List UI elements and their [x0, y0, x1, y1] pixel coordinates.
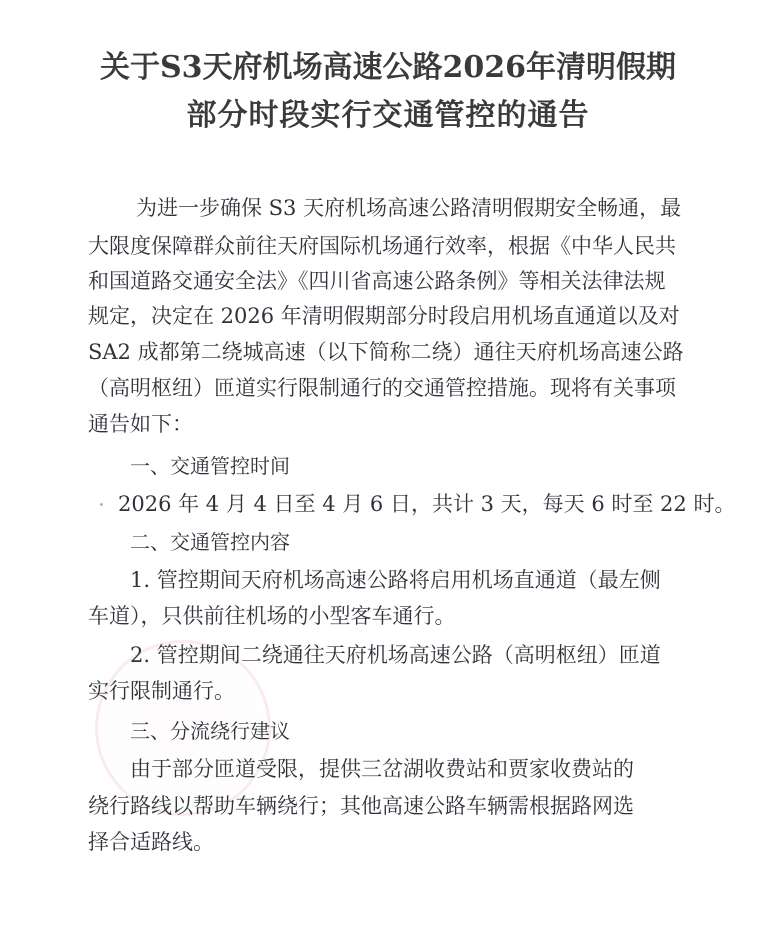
section-line: 1. 管控期间天府机场高速公路将启用机场直通道（最左侧 — [130, 566, 661, 594]
section-line: 2. 管控期间二绕通往天府机场高速公路（高明枢纽）匝道 — [130, 641, 661, 669]
intro-paragraph-line: 为进一步确保 S3 天府机场高速公路清明假期安全畅通，最 — [136, 194, 681, 222]
section-line: 择合适路线。 — [88, 828, 214, 856]
section-line: 由于部分匝道受限，提供三岔湖收费站和贾家收费站的 — [130, 755, 634, 783]
intro-paragraph-line: （高明枢纽）匝道实行限制通行的交通管控措施。现将有关事项 — [88, 374, 676, 402]
section-heading-control-content: 二、交通管控内容 — [130, 528, 290, 556]
intro-paragraph-line: 规定，决定在 2026 年清明假期部分时段启用机场直通道以及对 — [88, 302, 680, 330]
intro-paragraph-line: SA2 成都第二绕城高速（以下简称二绕）通往天府机场高速公路 — [88, 338, 684, 366]
section-heading-control-time: 一、交通管控时间 — [130, 452, 290, 480]
section-heading-detour-advice: 三、分流绕行建议 — [130, 717, 290, 745]
section-line: 实行限制通行。 — [88, 677, 235, 705]
section-line: 2026 年 4 月 4 日至 4 月 6 日，共计 3 天，每天 6 时至 2… — [118, 490, 735, 518]
intro-paragraph-line: 通告如下： — [88, 410, 193, 438]
document-title-line-2: 部分时段实行交通管控的通告 — [0, 90, 776, 134]
intro-paragraph-line: 大限度保障群众前往天府国际机场通行效率，根据《中华人民共 — [88, 232, 676, 260]
scan-speck — [100, 503, 103, 506]
document-title-line-1: 关于S3天府机场高速公路2026年清明假期 — [0, 42, 776, 86]
section-line: 车道），只供前往机场的小型客车通行。 — [88, 602, 456, 630]
section-line: 绕行路线以帮助车辆绕行；其他高速公路车辆需根据路网选 — [88, 792, 634, 820]
intro-paragraph-line: 和国道路交通安全法》《四川省高速公路条例》等相关法律法规 — [88, 267, 666, 295]
